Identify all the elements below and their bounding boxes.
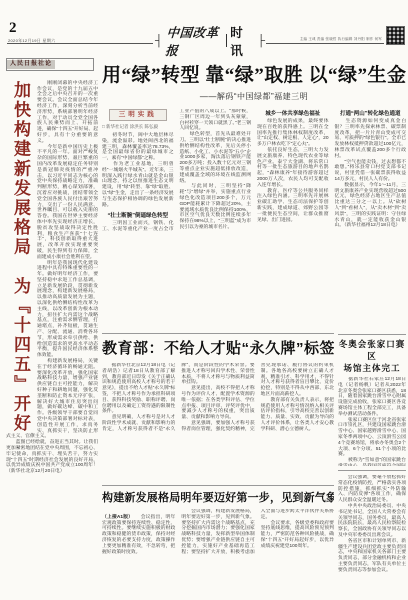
olympics-headline: 冬奥会张家口赛区 场馆主体完工 <box>338 338 406 374</box>
main-headline: 用“绿”转型 靠“绿”取胜 以“绿”生金 <box>102 60 406 87</box>
main-article-body: 三明实践 □ 新华社记者 涂洪长 陈弘毅 初冬时节，闽中大地层林尽染，流金溢彩。… <box>102 109 406 327</box>
masthead: ┤ 中国改革报 时讯 ├ <box>155 30 265 51</box>
qr-code-icon <box>386 26 405 45</box>
byline: □ 新华社记者 涂洪长 陈弘毅 <box>102 124 174 130</box>
main-lead: 初冬时节，闽中大地层林尽染，流金溢彩。地处闽西北的福建三明，森林覆盖率达78.7… <box>102 133 174 208</box>
masthead-bracket-right: ├ <box>257 35 265 47</box>
editorial-tag-box: 人民日报社论 <box>6 58 94 71</box>
main-section-2: 绿色发展的成果，最终要体现在百姓的获得感上。三明在全国率先推行集体林权制度改革，… <box>257 119 329 223</box>
olympics-headline-line2: 场馆主体完工 <box>338 362 406 374</box>
economy-body: （上接A1版） 会议指出，明年宏观政策要保持连续性、稳定性、可持续性。要继续实施… <box>102 509 334 595</box>
main-subhead-1: “壮士断腕”倒逼绿色转型 <box>102 211 174 219</box>
main-article: 用“绿”转型 靠“绿”取胜 以“绿”生金 ——解码“中国绿都”福建三明 三明实践… <box>102 58 406 330</box>
main-section-3: 生态资源如何变成真金白银？三明率先探索林票、碳票制度改革，把一片片青山变成可交易… <box>335 119 407 229</box>
right-column-continuation: 会议强调，要毫不放松抓好常态化疫情防控，严格落实各项防控措施，抓细抓实“外防输入… <box>338 475 406 596</box>
continued-from-tag: （上接A1版） <box>102 515 131 520</box>
main-subhead-2: 城乡一体共享绿色福祉 <box>257 109 329 117</box>
education-article: 教育部：不给人才贴“永久牌”标签 据新华社北京12月18日电（记者胡浩）记者18… <box>102 337 334 483</box>
divider <box>102 485 334 486</box>
section-name: 时讯 <box>230 23 254 59</box>
editorial-vertical-title: 加快构建新发展格局 为﹃十四五﹄开好局 <box>6 81 33 433</box>
page-number: 2 <box>9 20 17 37</box>
header-rule-left <box>7 43 153 44</box>
paper-name: 中国改革报 <box>165 23 225 59</box>
education-body: 据新华社北京12月18日电（记者胡浩）记者18日从教育部了解到，教育部近日印发《… <box>102 363 334 481</box>
newspaper-page: 2 2020年12月19日 星期六 ┤ 中国改革报 时讯 ├ 主编 王彧 责编 … <box>0 0 408 600</box>
divider <box>338 334 406 335</box>
olympics-article: 冬奥会张家口赛区 场馆主体完工 据新华社石家庄12月18日电（记者杨帆）记者从2… <box>338 338 406 466</box>
economy-article: 构建新发展格局明年要迈好第一步，见到新气象 （上接A1版） 会议指出，明年宏观政… <box>102 489 334 598</box>
economy-text: 会议指出，明年宏观政策要保持连续性、稳定性、可持续性。要继续实施积极的财政政策和… <box>102 509 334 555</box>
main-subhead-3: 打通“两山”转化绿色通道 <box>335 109 407 117</box>
education-headline: 教育部：不给人才贴“永久牌”标签 <box>102 337 334 358</box>
editorial-column: 人民日报社论 加快构建新发展格局 为﹃十四五﹄开好局 刚刚闭幕的中央经济工作会议… <box>6 58 98 596</box>
masthead-divider <box>226 34 227 47</box>
divider <box>102 333 334 334</box>
header-rule-right <box>266 43 384 44</box>
masthead-bracket-left: ┤ <box>155 35 163 47</box>
olympics-body: 据新华社石家庄12月18日电（记者杨帆）记者从2022年北京冬奥会张家口赛区获悉… <box>338 377 406 466</box>
divider <box>338 470 406 471</box>
economy-headline: 构建新发展格局明年要迈好第一步，见到新气象 <box>102 489 334 505</box>
staff-credits: 主编 王彧 责编 张晓哲 执行编辑 刘丹阳 制作 何军 <box>300 37 382 42</box>
olympics-headline-line1: 冬奥会张家口赛区 <box>338 338 406 362</box>
editorial-tag-label: 人民日报社论 <box>7 60 55 69</box>
series-tag: 三明实践 <box>109 109 167 121</box>
main-subtitle: ——解码“中国绿都”福建三明 <box>102 91 406 102</box>
editorial-body: 加快构建新发展格局 为﹃十四五﹄开好局 刚刚闭幕的中央经济工作会议，是党的十九届… <box>6 75 98 596</box>
